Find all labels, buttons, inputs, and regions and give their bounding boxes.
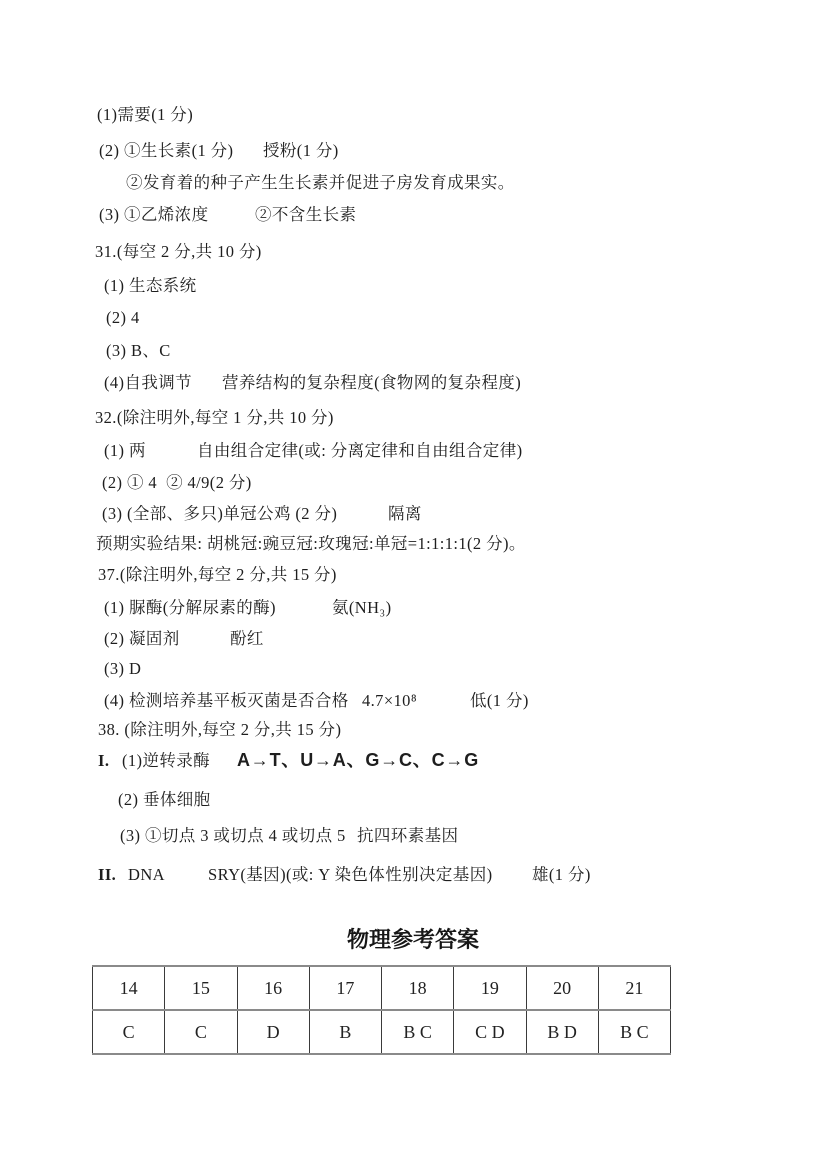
question-number-cell: 15 — [165, 966, 237, 1010]
question-number-cell: 16 — [237, 966, 309, 1010]
answer-choice-cell: B C — [598, 1010, 670, 1054]
question-32-header: 32.(除注明外,每空 1 分,共 10 分) — [0, 407, 826, 429]
answer-text: 4.7×10⁸ — [362, 690, 417, 712]
answer-line-32-expected-result: 预期实验结果: 胡桃冠:豌豆冠:玫瑰冠:单冠=1:1:1:1(2 分)。 — [0, 533, 826, 555]
roman-numeral-I: I. — [98, 750, 109, 772]
question-38-header: 38. (除注明外,每空 2 分,共 15 分) — [0, 719, 826, 741]
answer-line-30-2b: ②发育着的种子产生生长素并促进子房发育成果实。 — [0, 172, 826, 194]
answer-text: (3) (全部、多只)单冠公鸡 (2 分) — [102, 503, 337, 525]
answer-key-page: (1)需要(1 分) (2) ①生长素(1 分) 授粉(1 分) ②发育着的种子… — [0, 0, 826, 1169]
answer-text: (4) 检测培养基平板灭菌是否合格 — [104, 690, 349, 712]
answer-text: 自由组合定律(或: 分离定律和自由组合定律) — [197, 440, 523, 462]
answer-text: 32.(除注明外,每空 1 分,共 10 分) — [95, 407, 334, 429]
answer-line-38-I-3: (3) ①切点 3 或切点 4 或切点 5 抗四环素基因 — [0, 825, 826, 847]
answer-choice-cell: C D — [454, 1010, 526, 1054]
answer-line-31-1: (1) 生态系统 — [0, 275, 826, 297]
base-pairing-text: A→T、U→A、G→C、C→G — [237, 749, 479, 771]
answer-text: 授粉(1 分) — [263, 140, 339, 162]
answer-line-30-2: (2) ①生长素(1 分) 授粉(1 分) — [0, 140, 826, 162]
answer-line-37-2: (2) 凝固剂 酚红 — [0, 628, 826, 650]
answer-text: 低(1 分) — [470, 690, 529, 712]
answer-text: (3) ①乙烯浓度 — [99, 204, 208, 226]
answer-choice-cell: B C — [382, 1010, 454, 1054]
answer-text: (4)自我调节 — [104, 372, 192, 394]
answer-choice-cell: C — [165, 1010, 237, 1054]
answer-text: (1) 生态系统 — [104, 275, 197, 297]
physics-answers-title: 物理参考答案 — [0, 927, 826, 953]
question-number-cell: 20 — [526, 966, 598, 1010]
question-number-cell: 21 — [598, 966, 670, 1010]
answer-text: (1)逆转录酶 — [122, 750, 210, 772]
answer-text: (3) ①切点 3 或切点 4 或切点 5 — [120, 825, 346, 847]
answer-line-30-1: (1)需要(1 分) — [0, 104, 826, 126]
question-37-header: 37.(除注明外,每空 2 分,共 15 分) — [0, 564, 826, 586]
answer-text: 隔离 — [388, 503, 422, 525]
answer-text: DNA — [128, 864, 165, 886]
roman-numeral-II: II. — [98, 864, 116, 886]
answer-text: 雄(1 分) — [532, 864, 591, 886]
table-header-row: 14 15 16 17 18 19 20 21 — [93, 966, 671, 1010]
answer-line-32-3: (3) (全部、多只)单冠公鸡 (2 分) 隔离 — [0, 503, 826, 525]
answer-line-32-1: (1) 两 自由组合定律(或: 分离定律和自由组合定律) — [0, 440, 826, 462]
question-number-cell: 18 — [382, 966, 454, 1010]
answer-line-31-3: (3) B、C — [0, 340, 826, 362]
answer-text: ②发育着的种子产生生长素并促进子房发育成果实。 — [126, 172, 515, 194]
answer-line-30-3: (3) ①乙烯浓度 ②不含生长素 — [0, 204, 826, 226]
question-31-header: 31.(每空 2 分,共 10 分) — [0, 241, 826, 263]
answer-text: (2) 凝固剂 — [104, 628, 180, 650]
answer-text: (2) 4 — [106, 307, 140, 329]
answer-text: (2) ① 4 ② 4/9(2 分) — [102, 472, 252, 494]
answer-line-38-I-2: (2) 垂体细胞 — [0, 789, 826, 811]
table-answer-row: C C D B B C C D B D B C — [93, 1010, 671, 1054]
answer-text: (1)需要(1 分) — [97, 104, 193, 126]
answer-text: (3) B、C — [106, 340, 171, 362]
answer-line-32-2: (2) ① 4 ② 4/9(2 分) — [0, 472, 826, 494]
answer-text: 营养结构的复杂程度(食物网的复杂程度) — [222, 372, 521, 394]
question-number-cell: 19 — [454, 966, 526, 1010]
answer-text: (1) 两 — [104, 440, 146, 462]
answer-line-31-2: (2) 4 — [0, 307, 826, 329]
answer-text: 38. (除注明外,每空 2 分,共 15 分) — [98, 719, 341, 741]
answer-text: 预期实验结果: 胡桃冠:豌豆冠:玫瑰冠:单冠=1:1:1:1(2 分)。 — [96, 533, 526, 555]
answer-text: 酚红 — [230, 628, 264, 650]
answer-text: (2) ①生长素(1 分) — [99, 140, 233, 162]
answer-choice-cell: D — [237, 1010, 309, 1054]
answer-text: 抗四环素基因 — [357, 825, 458, 847]
answer-line-37-1: (1) 脲酶(分解尿素的酶) 氨(NH₃) — [0, 597, 826, 619]
answer-text: 氨(NH₃) — [332, 597, 391, 619]
physics-answer-table: 14 15 16 17 18 19 20 21 C C D B B C C D … — [92, 965, 671, 1055]
answer-text: 31.(每空 2 分,共 10 分) — [95, 241, 262, 263]
answer-choice-cell: B D — [526, 1010, 598, 1054]
answer-text: ②不含生长素 — [255, 204, 356, 226]
answer-text: 37.(除注明外,每空 2 分,共 15 分) — [98, 564, 337, 586]
answer-choice-cell: C — [93, 1010, 165, 1054]
answer-line-38-II: II. DNA SRY(基因)(或: Y 染色体性别决定基因) 雄(1 分) — [0, 864, 826, 886]
answer-text: (1) 脲酶(分解尿素的酶) — [104, 597, 276, 619]
answer-text: (2) 垂体细胞 — [118, 789, 211, 811]
answer-line-37-4: (4) 检测培养基平板灭菌是否合格 4.7×10⁸ 低(1 分) — [0, 690, 826, 712]
answer-line-38-I-1: I. (1)逆转录酶 A→T、U→A、G→C、C→G — [0, 750, 826, 772]
question-number-cell: 17 — [309, 966, 381, 1010]
answer-choice-cell: B — [309, 1010, 381, 1054]
answer-text: (3) D — [104, 658, 141, 680]
question-number-cell: 14 — [93, 966, 165, 1010]
answer-text: SRY(基因)(或: Y 染色体性别决定基因) — [208, 864, 493, 886]
answer-line-31-4: (4)自我调节 营养结构的复杂程度(食物网的复杂程度) — [0, 372, 826, 394]
answer-line-37-3: (3) D — [0, 658, 826, 680]
